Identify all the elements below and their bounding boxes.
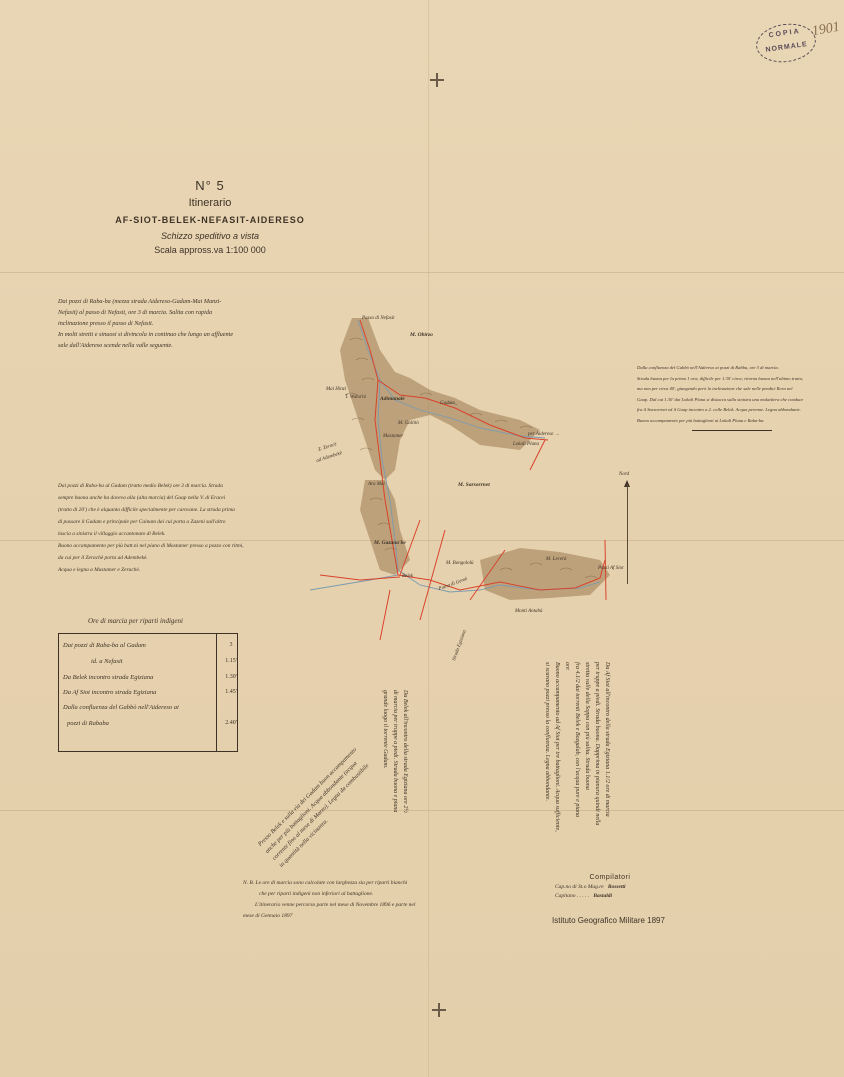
title-kind: Itinerario xyxy=(60,197,360,209)
note-right: Dalla confluenza del Gabbò nell'Aidereso… xyxy=(637,363,842,431)
sheet-number: N° 5 xyxy=(60,178,360,193)
pencil-number: 1901 xyxy=(811,20,841,41)
note-middle-left: Dai pozzi di Raba-ba al Gadam (tratto me… xyxy=(58,480,338,576)
registration-cross-icon xyxy=(432,1003,446,1017)
note-vertical-center: Da Belek all'incontro della strada Egizi… xyxy=(380,690,410,813)
fold-line xyxy=(0,810,844,811)
compiler-line: Capitano . . . . . Bastaldi xyxy=(555,893,665,899)
note-vertical-right: Da Af Siot all'incontro della strada Egi… xyxy=(542,662,612,832)
scale: Scala appross.va 1:100 000 xyxy=(60,245,360,255)
terrain-hachures xyxy=(340,318,610,600)
note-top-left: Dai pozzi di Raba-ba (mezza strada Aider… xyxy=(58,296,328,351)
march-table-title: Ore di marcia per riparti indigeni xyxy=(88,617,183,625)
title-block: N° 5 Itinerario AF-SIOT-BELEK-NEFASIT-AI… xyxy=(60,178,360,255)
institute-imprint: Istituto Geografico Militare 1897 xyxy=(552,916,665,925)
map-sheet: COPIA NORMALE 1901 N° 5 Itinerario AF-SI… xyxy=(0,0,844,1077)
compilers-block: Compilatori Cap.no di St.o Mag.re Rosset… xyxy=(555,874,665,899)
nb-note: N. B. Le ore di marcia sono calcolate co… xyxy=(243,878,415,922)
north-arrow: Nord xyxy=(621,472,635,592)
table-divider xyxy=(216,634,217,751)
subtitle: Schizzo speditivo a vista xyxy=(60,231,360,241)
registration-cross-icon xyxy=(430,73,444,87)
route-title: AF-SIOT-BELEK-NEFASIT-AIDERESO xyxy=(60,215,360,225)
divider xyxy=(692,430,772,431)
route-map xyxy=(300,300,640,660)
march-times-table: Dai pozzi di Raba-ba al Gadam 3 id. a Ne… xyxy=(58,633,238,752)
compiler-line: Cap.no di St.o Mag.re Rossetti xyxy=(555,884,665,890)
copy-stamp: COPIA NORMALE xyxy=(754,20,819,66)
note-diagonal: Presso Belek e sulla via dei Gadam buon … xyxy=(256,746,381,871)
fold-line xyxy=(0,272,844,273)
